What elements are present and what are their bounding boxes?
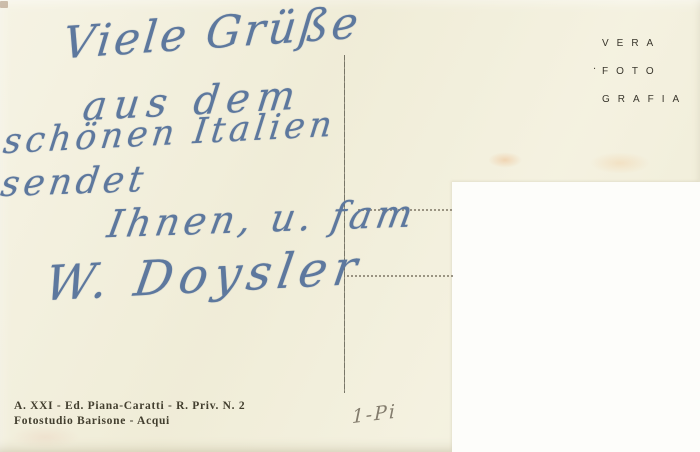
publisher-mark: VERA FOTO GRAFIA	[602, 30, 687, 114]
imprint-line-1: A. XXI - Ed. Piana-Caratti - R. Priv. N.…	[14, 399, 245, 414]
postcard-back: Viele Grüße aus dem schönen Italien send…	[0, 0, 700, 452]
publisher-mark-line-2: FOTO	[602, 58, 687, 86]
publisher-mark-dot: .	[593, 60, 596, 72]
imprint-line-2: Fotostudio Barisone - Acqui	[14, 414, 245, 429]
publisher-mark-line-1: VERA	[602, 30, 687, 58]
corner-blemish	[0, 1, 8, 8]
blank-label-area	[452, 182, 700, 452]
postcard-scan: Viele Grüße aus dem schönen Italien send…	[0, 0, 700, 452]
handwriting-line-4: sendet	[0, 159, 150, 205]
printer-imprint: A. XXI - Ed. Piana-Caratti - R. Priv. N.…	[14, 399, 245, 429]
address-dotted-line-2	[347, 275, 453, 277]
publisher-mark-line-3: GRAFIA	[602, 86, 687, 114]
